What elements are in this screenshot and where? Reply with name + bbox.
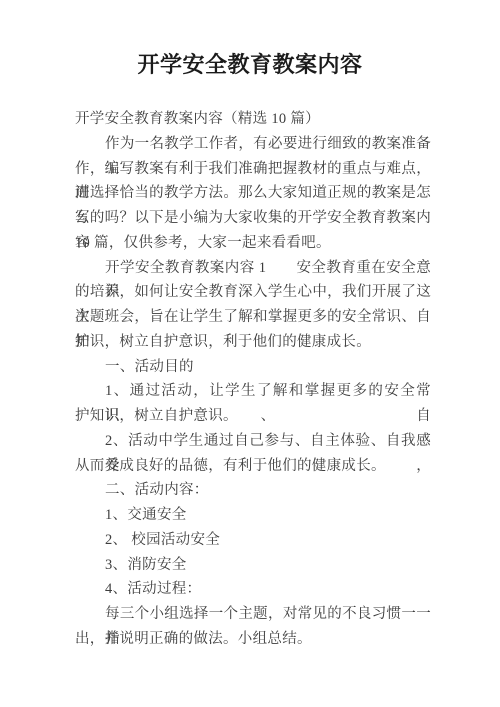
document-body: 开学安全教育教案内容（精选 10 篇）作为一名教学工作者，有必要进行细致的教案准…	[75, 107, 431, 652]
text-line: 知识，树立自护意识，利于他们的健康成长。	[75, 330, 431, 355]
text-line: 2、 校园活动安全	[75, 528, 431, 553]
text-line: 作为一名教学工作者，有必要进行细致的教案准备工	[75, 132, 431, 157]
text-line: 写的吗？以下是小编为大家收集的开学安全教育教案内容	[75, 206, 431, 231]
text-line: 4、活动过程：	[75, 577, 431, 602]
text-line: 出，并说明正确的做法。小组总结。	[75, 627, 431, 652]
text-line: 二、活动内容：	[75, 478, 431, 503]
document-page: 开学安全教育教案内容 开学安全教育教案内容（精选 10 篇）作为一名教学工作者，…	[0, 0, 500, 707]
text-line: 开学安全教育教案内容（精选 10 篇）	[75, 107, 431, 132]
text-line: 10 篇，仅供参考，大家一起来看看吧。	[75, 231, 431, 256]
text-line: 而选择恰当的教学方法。那么大家知道正规的教案是怎么	[75, 181, 431, 206]
document-title: 开学安全教育教案内容	[0, 50, 500, 80]
text-line: 一、活动目的	[75, 355, 431, 380]
text-line: 主题班会，旨在让学生了解和掌握更多的安全常识、自护	[75, 305, 431, 330]
text-line: 3、消防安全	[75, 553, 431, 578]
text-line: 2、活动中学生通过自己参与、自主体验、自我感受，	[75, 429, 431, 454]
text-line: 每三个小组选择一个主题，对常见的不良习惯一一指	[75, 602, 431, 627]
text-line: 作，编写教案有利于我们准确把握教材的重点与难点，进	[75, 157, 431, 182]
text-line: 开学安全教育教案内容 1 安全教育重在安全意识	[75, 256, 431, 281]
text-line: 1、交通安全	[75, 503, 431, 528]
text-line: 的培养，如何让安全教育深入学生心中，我们开展了这次	[75, 280, 431, 305]
text-line: 1、通过活动，让学生了解和掌握更多的安全常识、自	[75, 379, 431, 404]
text-line: 从而养成良好的品德，有利于他们的健康成长。	[75, 454, 431, 479]
